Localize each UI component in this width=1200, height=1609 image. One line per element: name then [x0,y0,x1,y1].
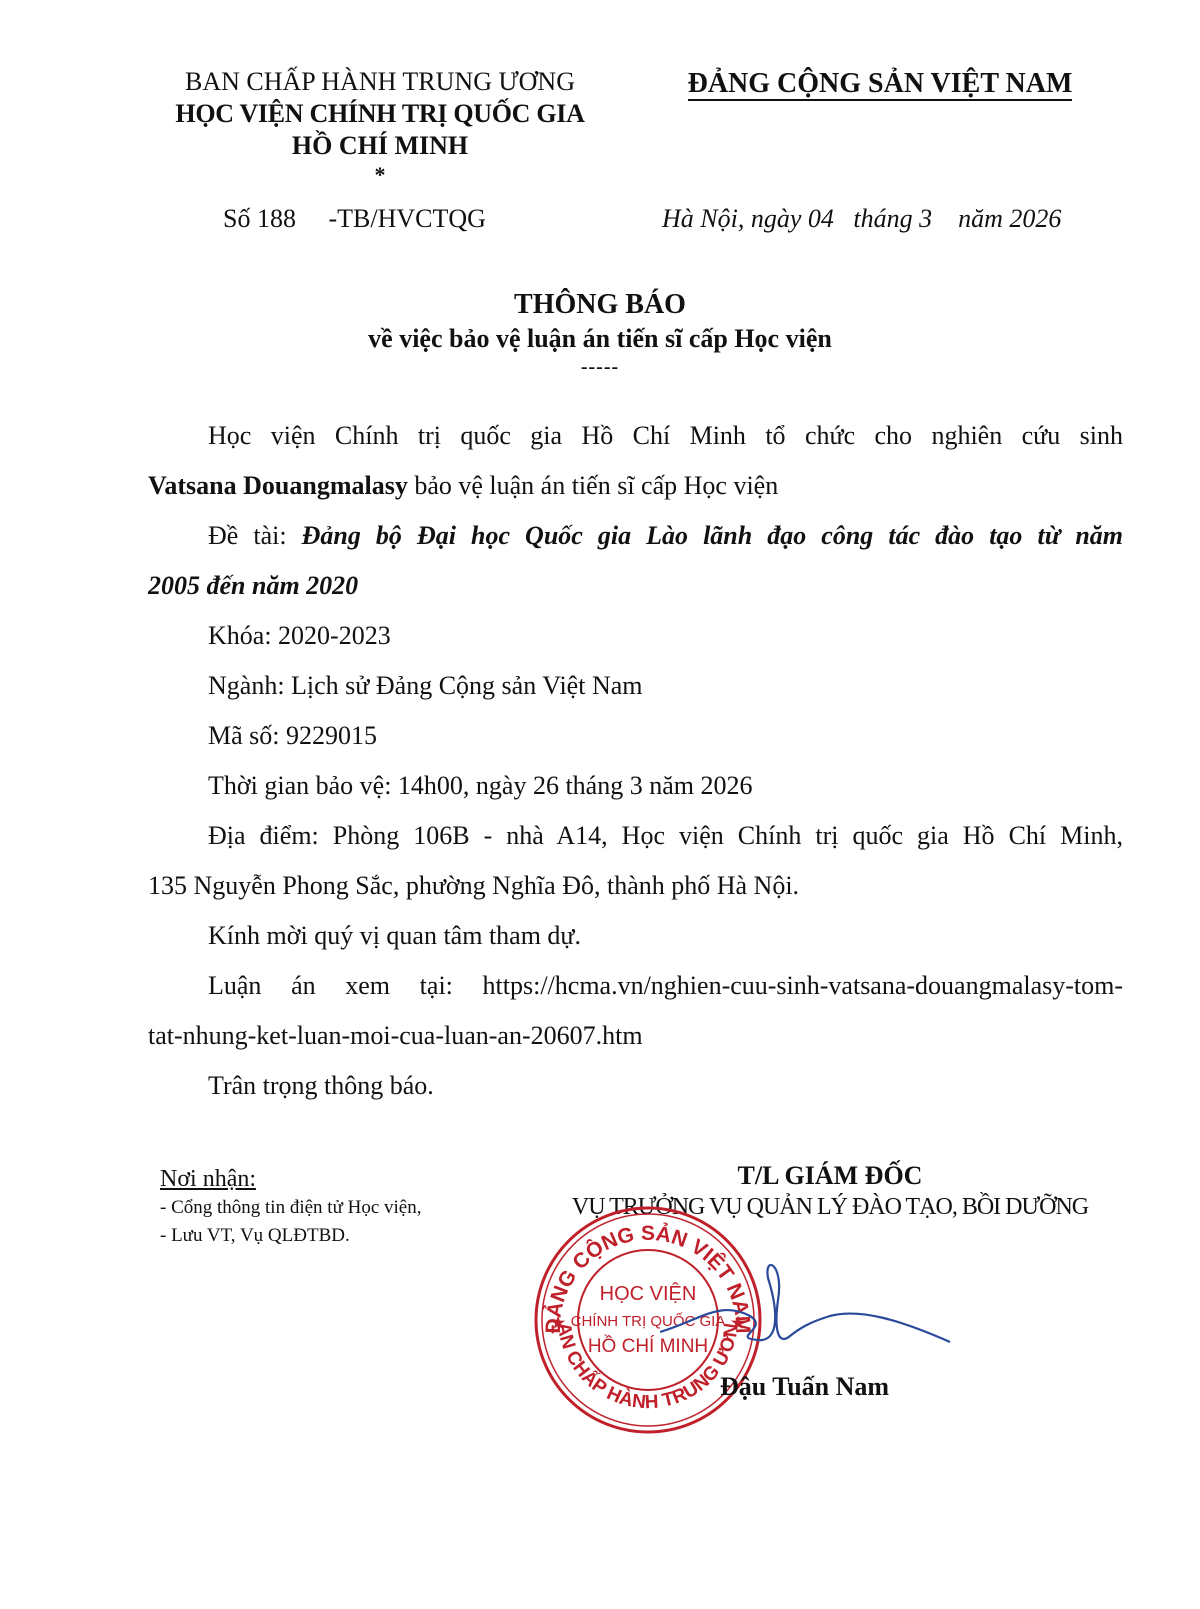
title-heading: THÔNG BÁO [0,288,1200,322]
recipients-label: Nơi nhận: [160,1164,500,1194]
intro-paragraph: Học viện Chính trị quốc gia Hồ Chí Minh … [148,411,1123,461]
number-prefix: Số 188 [223,204,296,233]
candidate-line: Vatsana Douangmalasy bảo vệ luận án tiến… [148,461,1123,511]
signer-name: Đậu Tuấn Nam [720,1370,889,1404]
month-label: tháng [834,204,919,233]
location-line-1: Địa điểm: Phòng 106B - nhà A14, Học viện… [148,811,1123,861]
closing-line: Trân trọng thông báo. [148,1061,1123,1111]
svg-text:★: ★ [551,1315,566,1332]
topic-line-1: Đề tài: Đảng bộ Đại học Quốc gia Lào lãn… [148,511,1123,561]
year-label: năm 2026 [932,204,1061,233]
thesis-link-line-2[interactable]: tat-nhung-ket-luan-moi-cua-luan-an-20607… [148,1011,1123,1061]
number-suffix: -TB/HVCTQG [328,204,485,233]
course-field: Khóa: 2020-2023 [148,611,1123,661]
party-title: ĐẢNG CỘNG SẢN VIỆT NAM [688,68,1073,101]
place-date: Hà Nội, ngày 04 tháng 3 năm 2026 [662,202,1061,236]
recipient-item: - Cổng thông tin điện tử Học viện, [160,1194,500,1222]
topic-title-part-1: Đảng bộ Đại học Quốc gia Lào lãnh đạo cô… [302,521,1123,550]
topic-title-part-2: 2005 đến năm 2020 [148,561,1123,611]
recipient-item: - Lưu VT, Vụ QLĐTBD. [160,1222,500,1250]
document-body: Học viện Chính trị quốc gia Hồ Chí Minh … [148,411,1123,1111]
document-title: THÔNG BÁO về việc bảo vệ luận án tiến sĩ… [0,288,1200,378]
topic-label: Đề tài: [208,521,302,550]
signer-title: T/L GIÁM ĐỐC [530,1160,1130,1192]
star-icon: * [150,164,610,186]
title-separator: ----- [0,356,1200,378]
authority-line-2: HỌC VIỆN CHÍNH TRỊ QUỐC GIA [150,98,610,130]
authority-line-3: HỒ CHÍ MINH [150,130,610,162]
document-number: Số 188 -TB/HVCTQG [223,202,486,236]
time-field: Thời gian bảo vệ: 14h00, ngày 26 tháng 3… [148,761,1123,811]
place-date-prefix: Hà Nội, ngày [662,204,808,233]
recipients-block: Nơi nhận: - Cổng thông tin điện tử Học v… [160,1164,500,1250]
date-day: 04 [808,204,834,233]
party-header: ĐẢNG CỘNG SẢN VIỆT NAM [655,66,1105,102]
location-line-2: 135 Nguyễn Phong Sắc, phường Nghĩa Đô, t… [148,861,1123,911]
issuing-authority: BAN CHẤP HÀNH TRUNG ƯƠNG HỌC VIỆN CHÍNH … [150,66,610,186]
code-field: Mã số: 9229015 [148,711,1123,761]
candidate-line-tail: bảo vệ luận án tiến sĩ cấp Học viện [408,471,778,500]
handwritten-signature-icon [660,1260,990,1380]
invitation-line: Kính mời quý vị quan tâm tham dự. [148,911,1123,961]
thesis-link-line-1[interactable]: Luận án xem tại: https://hcma.vn/nghien-… [148,961,1123,1011]
date-month: 3 [919,204,932,233]
title-subheading: về việc bảo vệ luận án tiến sĩ cấp Học v… [0,322,1200,356]
candidate-name: Vatsana Douangmalasy [148,471,408,500]
major-field: Ngành: Lịch sử Đảng Cộng sản Việt Nam [148,661,1123,711]
authority-line-1: BAN CHẤP HÀNH TRUNG ƯƠNG [150,66,610,98]
